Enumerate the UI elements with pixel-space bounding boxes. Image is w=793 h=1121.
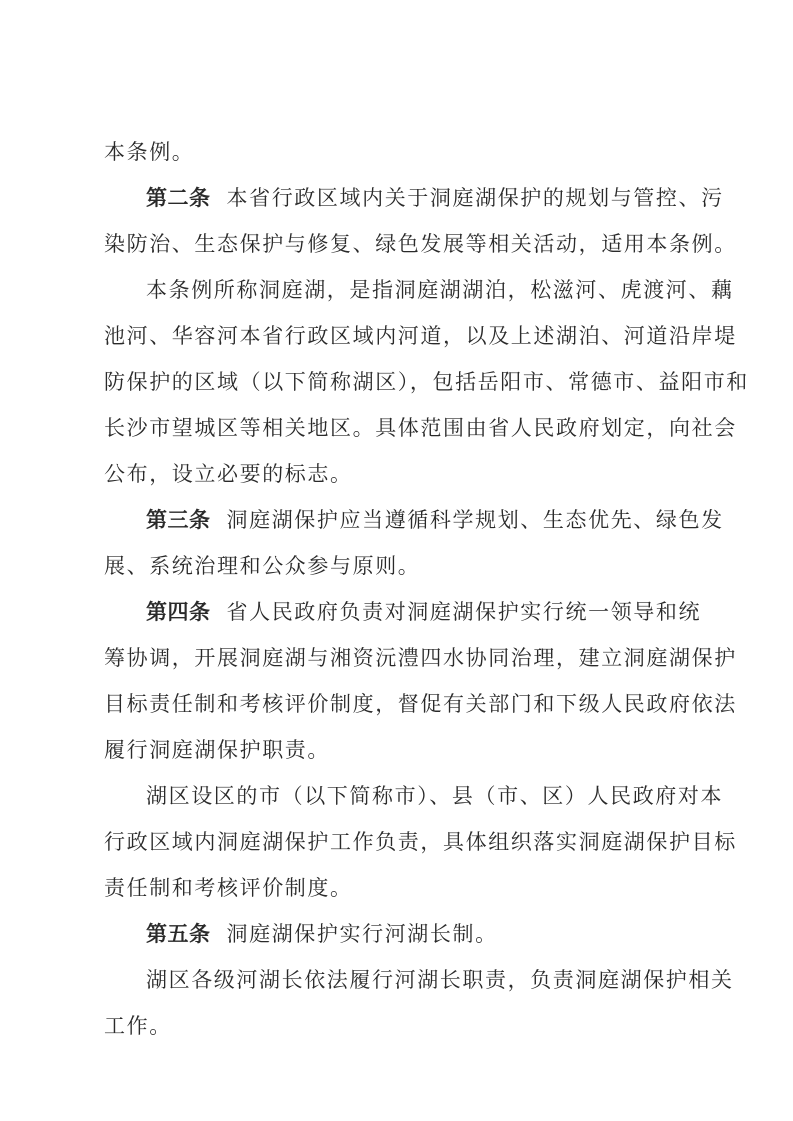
text-line: 筹协调，开展洞庭湖与湘资沅澧四水协同治理，建立洞庭湖保护 bbox=[104, 644, 704, 672]
text-line: 防保护的区域（以下简称湖区），包括岳阳市、常德市、益阳市和 bbox=[104, 368, 704, 396]
text-line: 本条例。 bbox=[104, 138, 704, 166]
text-line: 展、系统治理和公众参与原则。 bbox=[104, 552, 704, 580]
article-heading: 第三条 bbox=[146, 508, 211, 532]
article-heading: 第五条 bbox=[146, 922, 211, 946]
document-page: 本条例。 第二条本省行政区域内关于洞庭湖保护的规划与管控、污 染防治、生态保护与… bbox=[0, 0, 793, 1121]
text-line: 公布，设立必要的标志。 bbox=[104, 460, 704, 488]
text-line: 湖区各级河湖长依法履行河湖长职责，负责洞庭湖保护相关 bbox=[146, 966, 746, 994]
text-line: 本条例所称洞庭湖，是指洞庭湖湖泊，松滋河、虎渡河、藕 bbox=[146, 276, 746, 304]
article-4-line: 第四条省人民政府负责对洞庭湖保护实行统一领导和统 bbox=[146, 598, 746, 626]
article-3-line: 第三条洞庭湖保护应当遵循科学规划、生态优先、绿色发 bbox=[146, 506, 746, 534]
text-line: 履行洞庭湖保护职责。 bbox=[104, 736, 704, 764]
text-line: 责任制和考核评价制度。 bbox=[104, 874, 704, 902]
article-2-line: 第二条本省行政区域内关于洞庭湖保护的规划与管控、污 bbox=[146, 184, 746, 212]
article-heading: 第二条 bbox=[146, 186, 211, 210]
text-line: 染防治、生态保护与修复、绿色发展等相关活动，适用本条例。 bbox=[104, 230, 704, 258]
text-line: 池河、华容河本省行政区域内河道，以及上述湖泊、河道沿岸堤 bbox=[104, 322, 704, 350]
text-line: 目标责任制和考核评价制度，督促有关部门和下级人民政府依法 bbox=[104, 690, 704, 718]
text-line: 长沙市望城区等相关地区。具体范围由省人民政府划定，向社会 bbox=[104, 414, 704, 442]
text-line: 工作。 bbox=[104, 1012, 704, 1040]
article-heading: 第四条 bbox=[146, 600, 211, 624]
article-5-line: 第五条洞庭湖保护实行河湖长制。 bbox=[146, 920, 746, 948]
text-line: 湖区设区的市（以下简称市）、县（市、区）人民政府对本 bbox=[146, 782, 746, 810]
text-line: 行政区域内洞庭湖保护工作负责，具体组织落实洞庭湖保护目标 bbox=[104, 828, 704, 856]
